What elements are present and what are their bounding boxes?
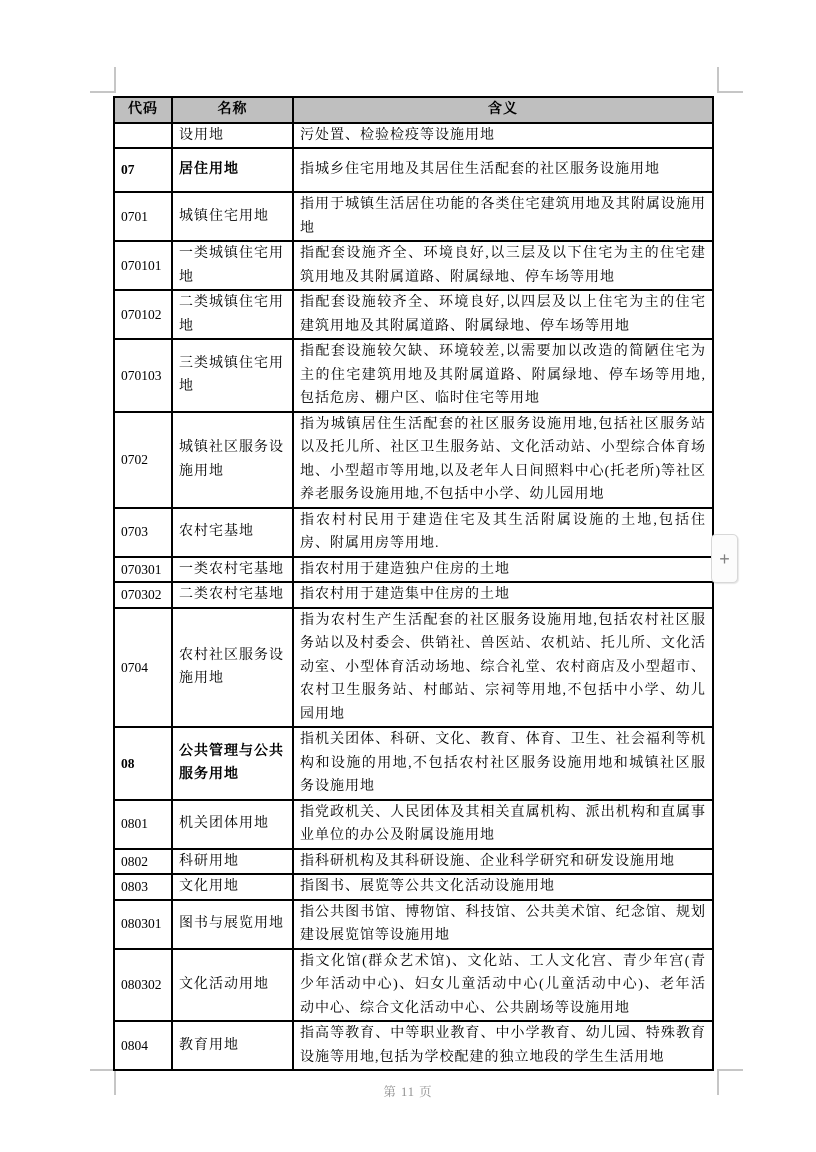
name-cell: 三类城镇住宅用地 [172, 339, 293, 412]
land-use-table: 代码 名称 含义 设用地 污处置、检验检疫等设施用地 07 居住用地 指城乡住宅… [113, 96, 714, 1071]
name-cell: 文化用地 [172, 874, 293, 900]
code-cell: 0804 [114, 1021, 172, 1070]
code-cell: 080301 [114, 900, 172, 949]
name-cell: 农村社区服务设施用地 [172, 608, 293, 728]
table-row: 0703 农村宅基地 指农村村民用于建造住宅及其生活附属设施的土地,包括住房、附… [114, 508, 713, 557]
meaning-cell: 指为城镇居住生活配套的社区服务设施用地,包括社区服务站以及托儿所、社区卫生服务站… [293, 412, 713, 508]
name-cell: 二类农村宅基地 [172, 582, 293, 608]
code-cell: 07 [114, 148, 172, 192]
header-code: 代码 [114, 97, 172, 123]
name-cell: 一类农村宅基地 [172, 557, 293, 583]
code-cell: 0801 [114, 800, 172, 849]
meaning-cell: 指配套设施齐全、环境良好,以三层及以下住宅为主的住宅建筑用地及其附属道路、附属绿… [293, 241, 713, 290]
meaning-cell: 指城乡住宅用地及其居住生活配套的社区服务设施用地 [293, 148, 713, 192]
name-cell: 图书与展览用地 [172, 900, 293, 949]
meaning-cell: 指文化馆(群众艺术馆)、文化站、工人文化宫、青少年宫(青少年活动中心)、妇女儿童… [293, 949, 713, 1022]
name-cell: 城镇住宅用地 [172, 192, 293, 241]
table-row: 0803 文化用地 指图书、展览等公共文化活动设施用地 [114, 874, 713, 900]
table-row: 0802 科研用地 指科研机构及其科研设施、企业科学研究和研发设施用地 [114, 849, 713, 875]
name-cell: 教育用地 [172, 1021, 293, 1070]
name-cell: 机关团体用地 [172, 800, 293, 849]
meaning-cell: 指高等教育、中等职业教育、中小学教育、幼儿园、特殊教育设施等用地,包括为学校配建… [293, 1021, 713, 1070]
code-cell: 070301 [114, 557, 172, 583]
code-cell: 070102 [114, 290, 172, 339]
table-row: 070103 三类城镇住宅用地 指配套设施较欠缺、环境较差,以需要加以改造的简陋… [114, 339, 713, 412]
table-row: 0801 机关团体用地 指党政机关、人民团体及其相关直属机构、派出机构和直属事业… [114, 800, 713, 849]
header-name: 名称 [172, 97, 293, 123]
table-body: 设用地 污处置、检验检疫等设施用地 07 居住用地 指城乡住宅用地及其居住生活配… [114, 123, 713, 1071]
code-cell: 0703 [114, 508, 172, 557]
code-cell [114, 123, 172, 149]
table-row: 设用地 污处置、检验检疫等设施用地 [114, 123, 713, 149]
table-row: 0701 城镇住宅用地 指用于城镇生活居住功能的各类住宅建筑用地及其附属设施用地 [114, 192, 713, 241]
meaning-cell: 指公共图书馆、博物馆、科技馆、公共美术馆、纪念馆、规划建设展览馆等设施用地 [293, 900, 713, 949]
meaning-cell: 污处置、检验检疫等设施用地 [293, 123, 713, 149]
document-page: { "page": { "footer_label": "第 11 页" }, … [0, 0, 816, 1152]
meaning-cell: 指配套设施较齐全、环境良好,以四层及以上住宅为主的住宅建筑用地及其附属道路、附属… [293, 290, 713, 339]
code-cell: 070302 [114, 582, 172, 608]
add-button[interactable]: + [711, 534, 738, 583]
table-row: 070102 二类城镇住宅用地 指配套设施较齐全、环境良好,以四层及以上住宅为主… [114, 290, 713, 339]
table-row: 070301 一类农村宅基地 指农村用于建造独户住房的土地 [114, 557, 713, 583]
crop-mark-top-right-icon [717, 67, 743, 93]
code-cell: 0803 [114, 874, 172, 900]
meaning-cell: 指党政机关、人民团体及其相关直属机构、派出机构和直属事业单位的办公及附属设施用地 [293, 800, 713, 849]
code-cell: 0802 [114, 849, 172, 875]
meaning-cell: 指为农村生产生活配套的社区服务设施用地,包括农村社区服务站以及村委会、供销社、兽… [293, 608, 713, 728]
name-cell: 公共管理与公共服务用地 [172, 727, 293, 800]
code-cell: 0701 [114, 192, 172, 241]
table-row: 070101 一类城镇住宅用地 指配套设施齐全、环境良好,以三层及以下住宅为主的… [114, 241, 713, 290]
code-cell: 070103 [114, 339, 172, 412]
code-cell: 08 [114, 727, 172, 800]
name-cell: 一类城镇住宅用地 [172, 241, 293, 290]
meaning-cell: 指农村用于建造集中住房的土地 [293, 582, 713, 608]
meaning-cell: 指用于城镇生活居住功能的各类住宅建筑用地及其附属设施用地 [293, 192, 713, 241]
meaning-cell: 指机关团体、科研、文化、教育、体育、卫生、社会福利等机构和设施的用地,不包括农村… [293, 727, 713, 800]
table-row: 07 居住用地 指城乡住宅用地及其居住生活配套的社区服务设施用地 [114, 148, 713, 192]
page-number: 第 11 页 [0, 1082, 816, 1100]
name-cell: 二类城镇住宅用地 [172, 290, 293, 339]
name-cell: 设用地 [172, 123, 293, 149]
code-cell: 0704 [114, 608, 172, 728]
name-cell: 农村宅基地 [172, 508, 293, 557]
header-meaning: 含义 [293, 97, 713, 123]
name-cell: 城镇社区服务设施用地 [172, 412, 293, 508]
code-cell: 0702 [114, 412, 172, 508]
table-row: 0804 教育用地 指高等教育、中等职业教育、中小学教育、幼儿园、特殊教育设施等… [114, 1021, 713, 1070]
table-row: 080302 文化活动用地 指文化馆(群众艺术馆)、文化站、工人文化宫、青少年宫… [114, 949, 713, 1022]
meaning-cell: 指农村村民用于建造住宅及其生活附属设施的土地,包括住房、附属用房等用地. [293, 508, 713, 557]
table-row: 080301 图书与展览用地 指公共图书馆、博物馆、科技馆、公共美术馆、纪念馆、… [114, 900, 713, 949]
meaning-cell: 指配套设施较欠缺、环境较差,以需要加以改造的简陋住宅为主的住宅建筑用地及其附属道… [293, 339, 713, 412]
meaning-cell: 指农村用于建造独户住房的土地 [293, 557, 713, 583]
meaning-cell: 指图书、展览等公共文化活动设施用地 [293, 874, 713, 900]
crop-mark-top-left-icon [90, 67, 116, 93]
table-header-row: 代码 名称 含义 [114, 97, 713, 123]
code-cell: 080302 [114, 949, 172, 1022]
meaning-cell: 指科研机构及其科研设施、企业科学研究和研发设施用地 [293, 849, 713, 875]
name-cell: 文化活动用地 [172, 949, 293, 1022]
table-row: 08 公共管理与公共服务用地 指机关团体、科研、文化、教育、体育、卫生、社会福利… [114, 727, 713, 800]
table-row: 070302 二类农村宅基地 指农村用于建造集中住房的土地 [114, 582, 713, 608]
table-row: 0702 城镇社区服务设施用地 指为城镇居住生活配套的社区服务设施用地,包括社区… [114, 412, 713, 508]
name-cell: 居住用地 [172, 148, 293, 192]
code-cell: 070101 [114, 241, 172, 290]
table-row: 0704 农村社区服务设施用地 指为农村生产生活配套的社区服务设施用地,包括农村… [114, 608, 713, 728]
name-cell: 科研用地 [172, 849, 293, 875]
